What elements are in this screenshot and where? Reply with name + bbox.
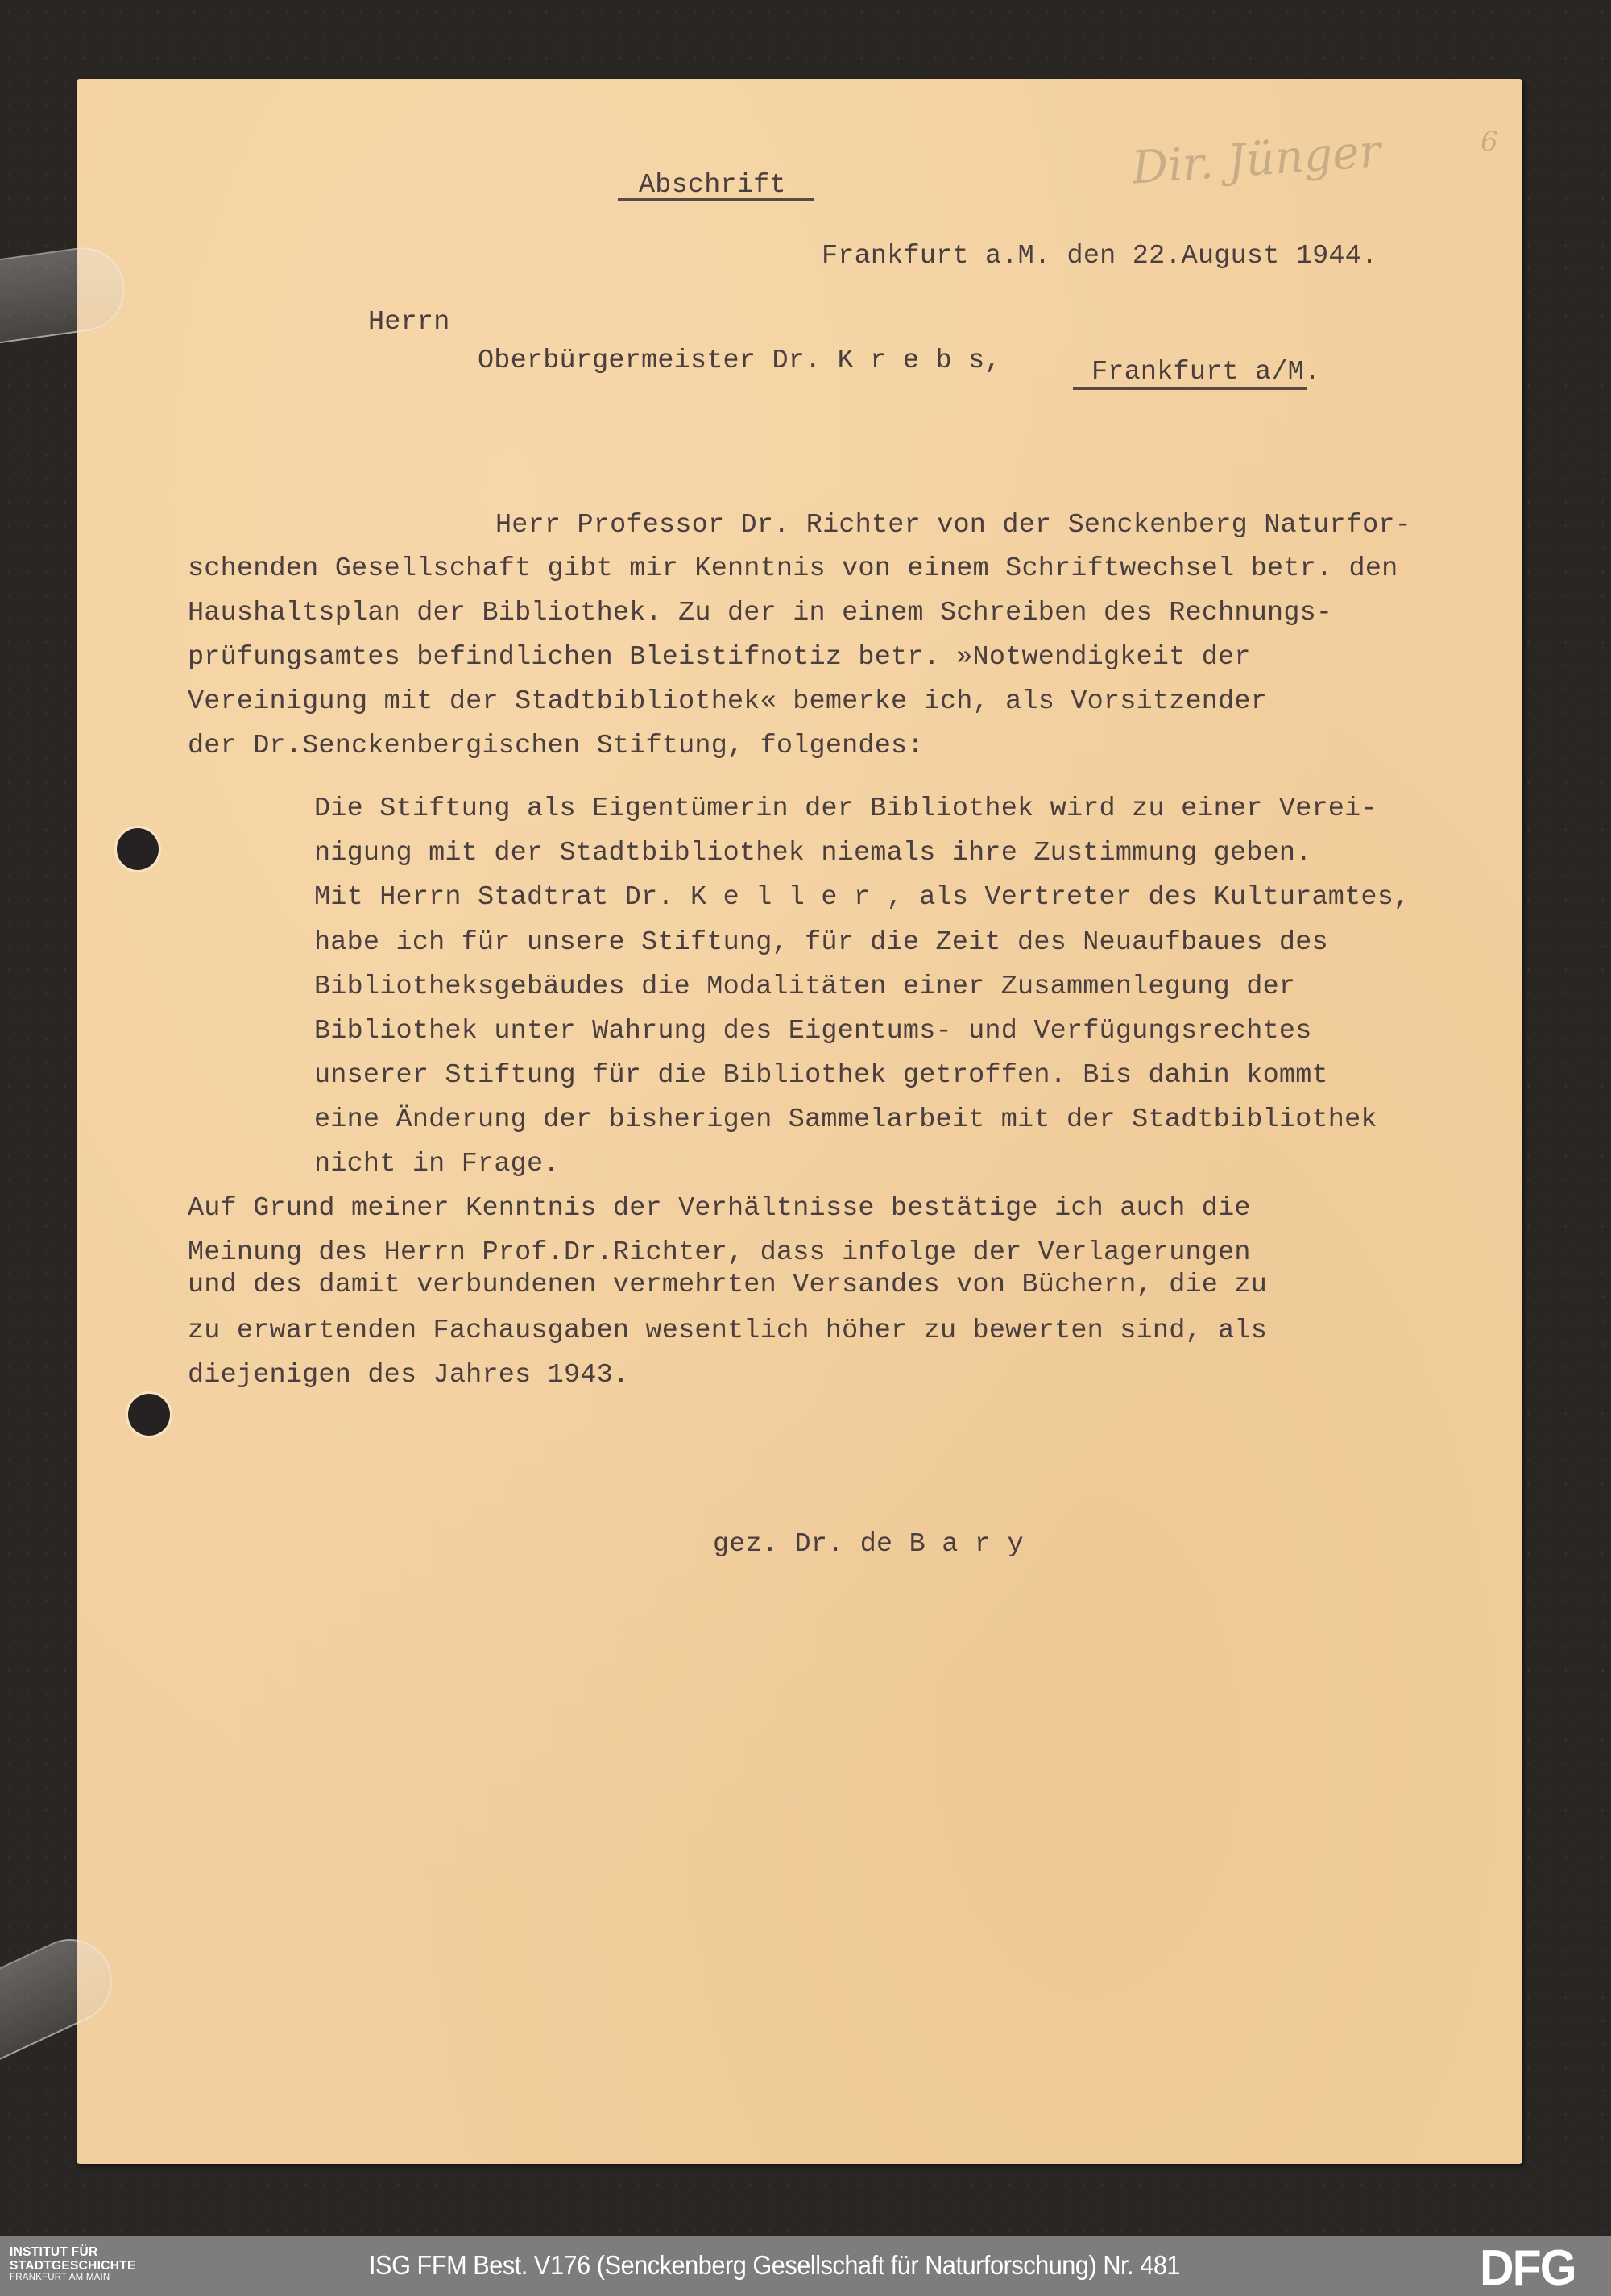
intro-line: schenden Gesellschaft gibt mir Kenntnis … bbox=[188, 556, 1398, 583]
closing-line: zu erwartenden Fachausgaben wesentlich h… bbox=[188, 1318, 1267, 1345]
signature: gez. Dr. de B a r y bbox=[713, 1531, 1024, 1559]
intro-line: Haushaltsplan der Bibliothek. Zu der in … bbox=[188, 600, 1332, 628]
quoted-line: Bibliotheksgebäudes die Modalitäten eine… bbox=[314, 974, 1295, 1001]
address-city: Frankfurt a/M. bbox=[1091, 359, 1320, 387]
address-recipient: Oberbürgermeister Dr. K r e b s, bbox=[478, 348, 1001, 375]
city-underline bbox=[1073, 387, 1307, 390]
institution-line: INSTITUT FÜR bbox=[10, 2246, 136, 2259]
archive-footer: INSTITUT FÜR STADTGESCHICHTE FRANKFURT A… bbox=[0, 2236, 1611, 2296]
intro-line: Herr Professor Dr. Richter von der Senck… bbox=[495, 512, 1411, 540]
quoted-line: eine Änderung der bisherigen Sammelarbei… bbox=[314, 1107, 1377, 1134]
quoted-line: Mit Herrn Stadtrat Dr. K e l l e r , als… bbox=[314, 885, 1410, 912]
address-salutation: Herrn bbox=[368, 309, 450, 337]
intro-line: Vereinigung mit der Stadtbibliothek« bem… bbox=[188, 689, 1267, 716]
quoted-line: habe ich für unsere Stiftung, für die Ze… bbox=[314, 930, 1328, 957]
closing-line: Auf Grund meiner Kenntnis der Verhältnis… bbox=[188, 1196, 1251, 1223]
archive-caption: ISG FFM Best. V176 (Senckenberg Gesellsc… bbox=[369, 2250, 1180, 2281]
intro-line: prüfungsamtes befindlichen Bleistifnotiz… bbox=[188, 644, 1251, 672]
closing-line: und des damit verbundenen vermehrten Ver… bbox=[188, 1272, 1267, 1299]
dfg-logo: DFG bbox=[1480, 2244, 1576, 2294]
heading-underline bbox=[618, 198, 814, 201]
institution-line: FRANKFURT AM MAIN bbox=[10, 2273, 136, 2283]
intro-line: der Dr.Senckenbergischen Stiftung, folge… bbox=[188, 733, 924, 760]
document-heading: Abschrift bbox=[639, 172, 786, 200]
quoted-line: unserer Stiftung für die Bibliothek getr… bbox=[314, 1063, 1328, 1090]
institution-logo: INSTITUT FÜR STADTGESCHICHTE FRANKFURT A… bbox=[10, 2246, 136, 2283]
quoted-line: Die Stiftung als Eigentümerin der Biblio… bbox=[314, 796, 1377, 823]
closing-line: diejenigen des Jahres 1943. bbox=[188, 1362, 629, 1390]
closing-line: Meinung des Herrn Prof.Dr.Richter, dass … bbox=[188, 1240, 1251, 1267]
date-line: Frankfurt a.M. den 22.August 1944. bbox=[822, 243, 1377, 271]
quoted-line: Bibliothek unter Wahrung des Eigentums- … bbox=[314, 1018, 1312, 1046]
pencil-page-number: 6 bbox=[1481, 126, 1498, 158]
punch-hole bbox=[117, 828, 159, 870]
pencil-annotation: Dir. Jünger bbox=[1130, 125, 1382, 194]
quoted-line: nicht in Frage. bbox=[314, 1151, 560, 1179]
institution-line: STADTGESCHICHTE bbox=[10, 2260, 136, 2273]
document-page: Dir. Jünger 6 Abschrift Frankfurt a.M. d… bbox=[77, 79, 1522, 2164]
punch-hole bbox=[128, 1394, 170, 1436]
quoted-line: nigung mit der Stadtbibliothek niemals i… bbox=[314, 840, 1312, 868]
